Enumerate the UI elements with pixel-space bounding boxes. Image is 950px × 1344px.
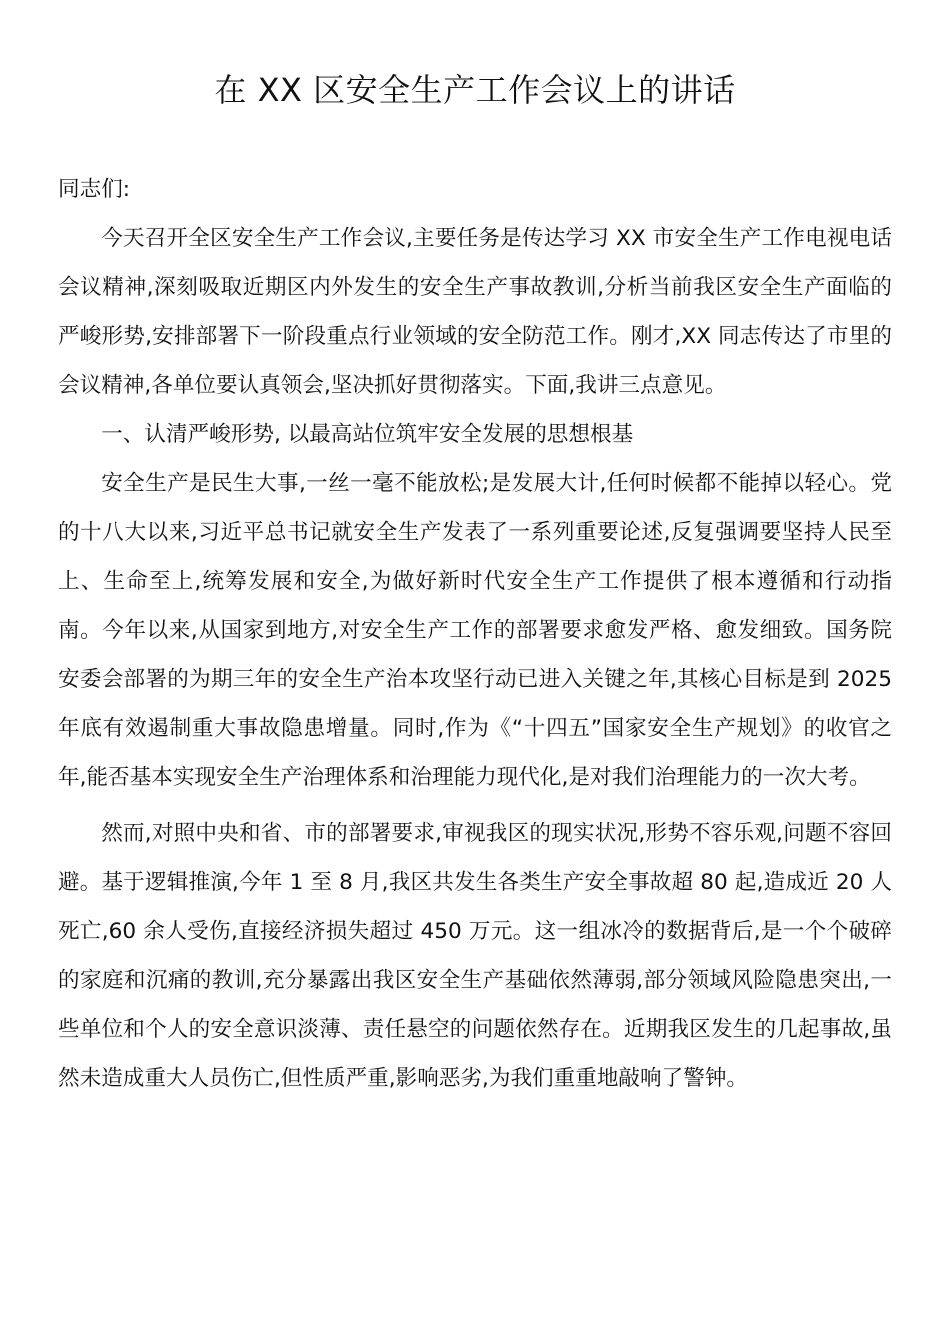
paragraph-intro: 今天召开全区安全生产工作会议,主要任务是传达学习 XX 市安全生产工作电视电话会… [58, 214, 892, 410]
salutation: 同志们: [58, 165, 892, 214]
paragraph-problems: 然而,对照中央和省、市的部署要求,审视我区的现实状况,形势不容乐观,问题不容回避… [58, 809, 892, 1103]
paragraph-situation: 安全生产是民生大事,一丝一毫不能放松;是发展大计,任何时候都不能掉以轻心。党的十… [58, 459, 892, 802]
document-body: 同志们: 今天召开全区安全生产工作会议,主要任务是传达学习 XX 市安全生产工作… [58, 165, 892, 1103]
document-title: 在 XX 区安全生产工作会议上的讲话 [58, 66, 892, 114]
section-heading-1: 一、认清严峻形势, 以最高站位筑牢安全发展的思想根基 [58, 410, 892, 459]
